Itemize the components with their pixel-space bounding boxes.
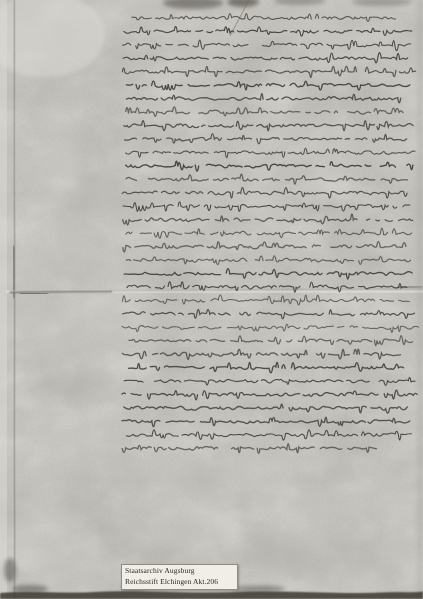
bottom-edge-smudge	[12, 585, 48, 593]
archive-reference-text: Reichsstift Elchingen Akt.206	[125, 577, 237, 588]
scanned-paper	[0, 0, 423, 599]
manuscript-scan-page: Staatsarchiv Augsburg Reichsstift Elchin…	[0, 0, 423, 599]
archive-stamp-label: Staatsarchiv Augsburg Reichsstift Elchin…	[121, 564, 238, 590]
archive-name-text: Staatsarchiv Augsburg	[125, 566, 237, 577]
left-light-strip	[0, 0, 7, 599]
bottom-left-corner-mark	[4, 558, 16, 582]
bottom-edge-smudge	[235, 586, 285, 593]
left-edge-dark-mark	[14, 246, 15, 298]
left-paper-edge-line	[14, 0, 15, 599]
right-edge-shadow	[417, 0, 423, 599]
